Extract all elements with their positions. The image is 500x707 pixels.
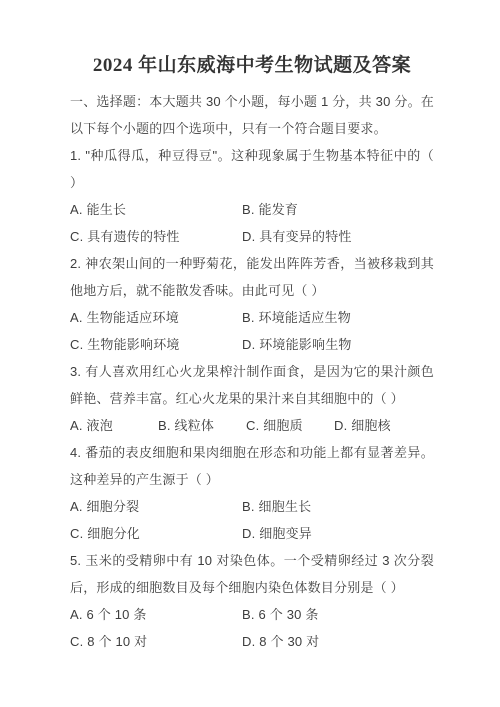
question-2: 2. 神农架山间的一种野菊花，能发出阵阵芳香，当被移栽到其他地方后，就不能散发香…	[70, 250, 434, 358]
question-5-options: A. 6 个 10 条 B. 6 个 30 条 C. 8 个 10 对 D. 8…	[70, 601, 434, 655]
option-b: B. 能发育	[242, 196, 434, 223]
question-2-options: A. 生物能适应环境 B. 环境能适应生物 C. 生物能影响环境 D. 环境能影…	[70, 304, 434, 358]
question-3-options: A. 液泡 B. 线粒体 C. 细胞质 D. 细胞核	[70, 412, 434, 439]
option-a: A. 液泡	[70, 412, 158, 439]
option-d: D. 细胞核	[334, 412, 434, 439]
question-3: 3. 有人喜欢用红心火龙果榨汁制作面食，是因为它的果汁颜色鲜艳、营养丰富。红心火…	[70, 358, 434, 439]
option-a: A. 6 个 10 条	[70, 601, 242, 628]
option-b: B. 6 个 30 条	[242, 601, 434, 628]
option-d: D. 具有变异的特性	[242, 223, 434, 250]
option-d: D. 环境能影响生物	[242, 331, 434, 358]
option-c: C. 细胞质	[246, 412, 334, 439]
question-4: 4. 番茄的表皮细胞和果肉细胞在形态和功能上都有显著差异。这种差异的产生源于（ …	[70, 439, 434, 547]
option-c: C. 8 个 10 对	[70, 628, 242, 655]
option-b: B. 线粒体	[158, 412, 246, 439]
option-c: C. 细胞分化	[70, 520, 242, 547]
question-5: 5. 玉米的受精卵中有 10 对染色体。一个受精卵经过 3 次分裂后，形成的细胞…	[70, 547, 434, 655]
question-stem: 4. 番茄的表皮细胞和果肉细胞在形态和功能上都有显著差异。这种差异的产生源于（ …	[70, 439, 434, 493]
option-d: D. 细胞变异	[242, 520, 434, 547]
option-d: D. 8 个 30 对	[242, 628, 434, 655]
option-b: B. 细胞生长	[242, 493, 434, 520]
question-stem: 5. 玉米的受精卵中有 10 对染色体。一个受精卵经过 3 次分裂后，形成的细胞…	[70, 547, 434, 601]
exam-paper-page: 2024 年山东威海中考生物试题及答案 一、选择题：本大题共 30 个小题，每小…	[0, 0, 500, 707]
question-stem: 1. "种瓜得瓜，种豆得豆"。这种现象属于生物基本特征中的（ ）	[70, 142, 434, 196]
question-1: 1. "种瓜得瓜，种豆得豆"。这种现象属于生物基本特征中的（ ） A. 能生长 …	[70, 142, 434, 250]
option-a: A. 生物能适应环境	[70, 304, 242, 331]
question-stem: 3. 有人喜欢用红心火龙果榨汁制作面食，是因为它的果汁颜色鲜艳、营养丰富。红心火…	[70, 358, 434, 412]
question-4-options: A. 细胞分裂 B. 细胞生长 C. 细胞分化 D. 细胞变异	[70, 493, 434, 547]
document-title: 2024 年山东威海中考生物试题及答案	[70, 50, 434, 82]
option-a: A. 细胞分裂	[70, 493, 242, 520]
option-c: C. 具有遗传的特性	[70, 223, 242, 250]
question-stem: 2. 神农架山间的一种野菊花，能发出阵阵芳香，当被移栽到其他地方后，就不能散发香…	[70, 250, 434, 304]
option-c: C. 生物能影响环境	[70, 331, 242, 358]
page-content: 2024 年山东威海中考生物试题及答案 一、选择题：本大题共 30 个小题，每小…	[0, 0, 500, 655]
option-b: B. 环境能适应生物	[242, 304, 434, 331]
question-1-options: A. 能生长 B. 能发育 C. 具有遗传的特性 D. 具有变异的特性	[70, 196, 434, 250]
section-intro: 一、选择题：本大题共 30 个小题，每小题 1 分，共 30 分。在以下每个小题…	[70, 88, 434, 142]
option-a: A. 能生长	[70, 196, 242, 223]
